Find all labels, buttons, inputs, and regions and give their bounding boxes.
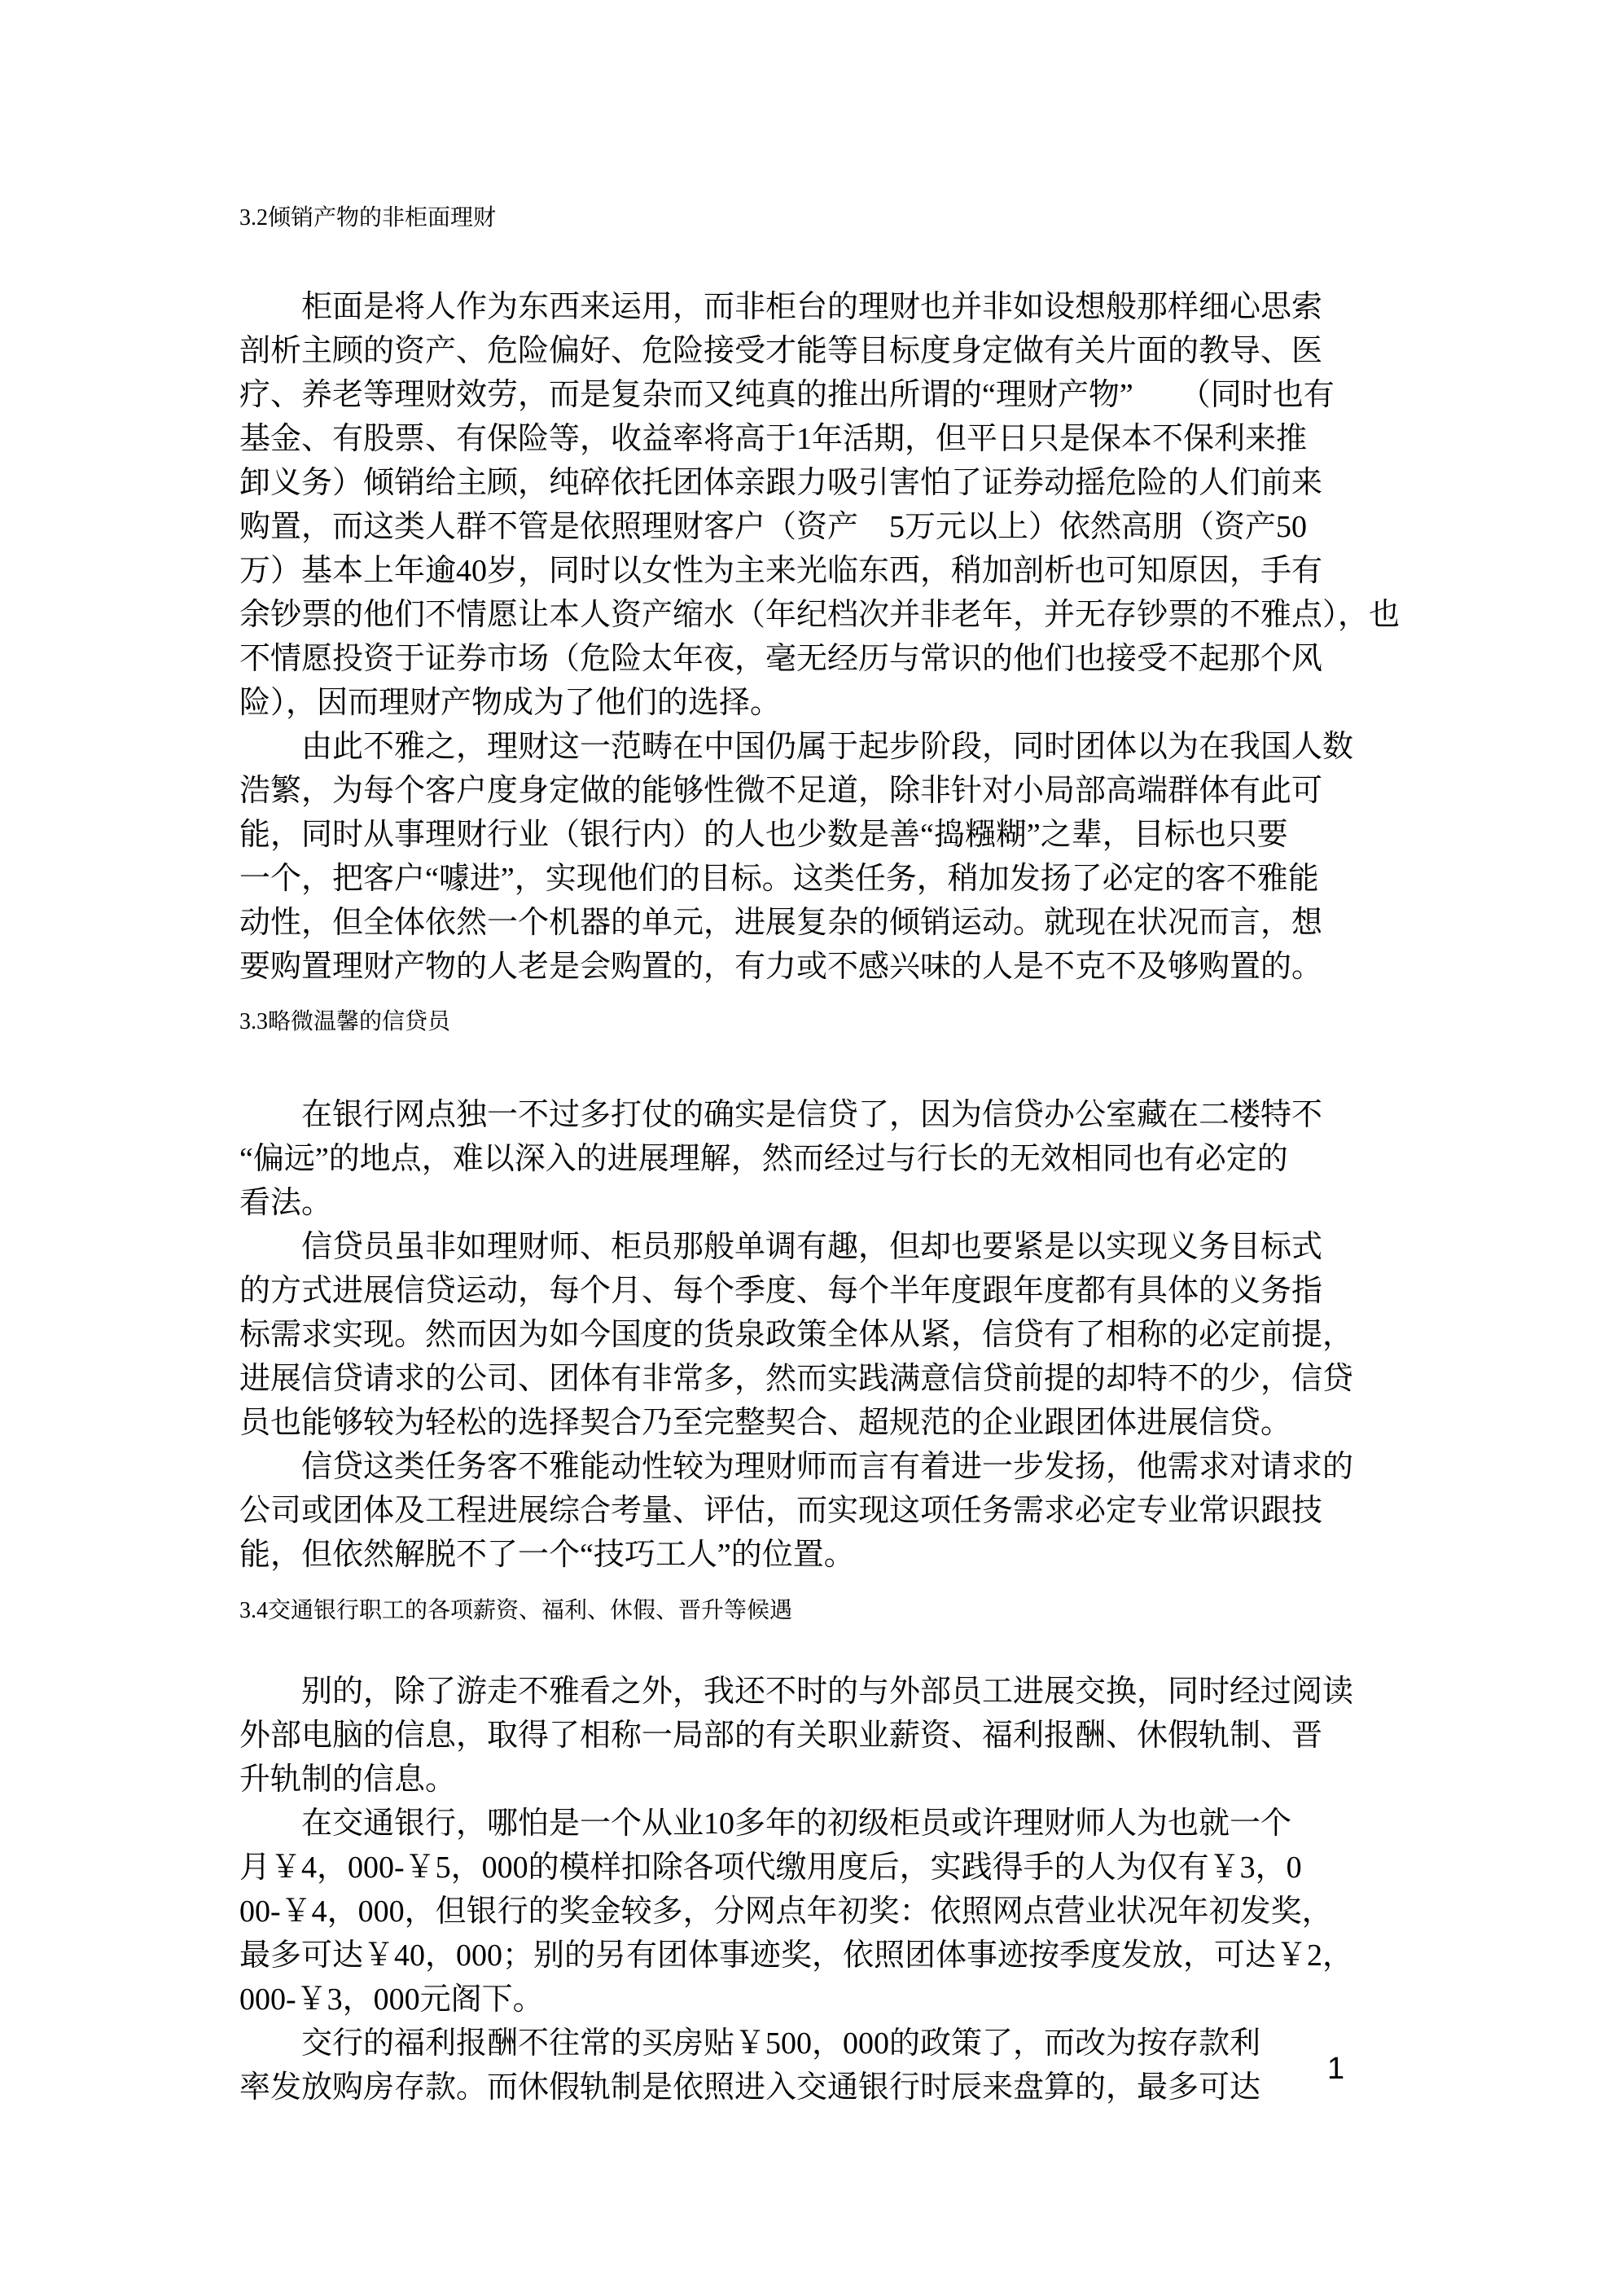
- text-line: 卸义务）倾销给主顾，纯碎依托团体亲跟力吸引害怕了证券动摇危险的人们前来: [239, 461, 1404, 505]
- text-line: 率发放购房存款。而休假轨制是依照进入交通银行时辰来盘算的，最多可达: [239, 2066, 1404, 2109]
- text-line: 升轨制的信息。: [239, 1758, 1404, 1802]
- section-heading: 3.3略微温馨的信贷员: [239, 1006, 1404, 1038]
- text-line: 能，但依然解脱不了一个“技巧工人”的位置。: [239, 1533, 1404, 1577]
- text-line: 00-￥4，000，但银行的奖金较多，分网点年初奖：依照网点营业状况年初发奖，: [239, 1890, 1404, 1934]
- text-line: 信贷这类任务客不雅能动性较为理财师而言有着进一步发扬，他需求对请求的: [239, 1445, 1404, 1489]
- text-line: 信贷员虽非如理财师、柜员那般单调有趣，但却也要紧是以实现义务目标式: [239, 1225, 1404, 1269]
- text-line: 余钞票的他们不情愿让本人资产缩水（年纪档次并非老年，并无存钞票的不雅点），也: [239, 593, 1404, 637]
- text-line: 进展信贷请求的公司、团体有非常多，然而实践满意信贷前提的却特不的少，信贷: [239, 1357, 1404, 1401]
- text-line: 标需求实现。然而因为如今国度的货泉政策全体从紧，信贷有了相称的必定前提，: [239, 1313, 1404, 1357]
- text-line: 别的，除了游走不雅看之外，我还不时的与外部员工进展交换，同时经过阅读: [239, 1670, 1404, 1714]
- document-page: 3.2倾销产物的非柜面理财柜面是将人作为东西来运用，而非柜台的理财也并非如设想般…: [0, 0, 1622, 2296]
- text-line: 由此不雅之，理财这一范畴在中国仍属于起步阶段，同时团体以为在我国人数: [239, 725, 1404, 769]
- text-line: 不情愿投资于证券市场（危险太年夜，毫无经历与常识的他们也接受不起那个风: [239, 637, 1404, 681]
- text-line: 剖析主顾的资产、危险偏好、危险接受才能等目标度身定做有关片面的教导、医: [239, 329, 1404, 373]
- text-line: 浩繁，为每个客户度身定做的能够性微不足道，除非针对小局部高端群体有此可: [239, 769, 1404, 813]
- text-line: 购置，而这类人群不管是依照理财客户（资产 5万元以上）依然高朋（资产50: [239, 505, 1404, 549]
- text-line: 外部电脑的信息，取得了相称一局部的有关职业薪资、福利报酬、休假轨制、晋: [239, 1714, 1404, 1758]
- text-line: 看法。: [239, 1181, 1404, 1225]
- text-line: 柜面是将人作为东西来运用，而非柜台的理财也并非如设想般那样细心思索: [239, 285, 1404, 329]
- paragraph: 别的，除了游走不雅看之外，我还不时的与外部员工进展交换，同时经过阅读外部电脑的信…: [239, 1670, 1404, 1802]
- text-line: 月￥4，000-￥5，000的模样扣除各项代缴用度后，实践得手的人为仅有￥3，0: [239, 1846, 1404, 1890]
- paragraph: 由此不雅之，理财这一范畴在中国仍属于起步阶段，同时团体以为在我国人数浩繁，为每个…: [239, 725, 1404, 989]
- text-line: 的方式进展信贷运动，每个月、每个季度、每个半年度跟年度都有具体的义务指: [239, 1269, 1404, 1313]
- text-line: 最多可达￥40，000；别的另有团体事迹奖，依照团体事迹按季度发放，可达￥2，: [239, 1934, 1404, 1978]
- paragraph: 在交通银行，哪怕是一个从业10多年的初级柜员或许理财师人为也就一个月￥4，000…: [239, 1802, 1404, 2022]
- text-line: 000-￥3，000元阁下。: [239, 1978, 1404, 2022]
- document-body: 3.2倾销产物的非柜面理财柜面是将人作为东西来运用，而非柜台的理财也并非如设想般…: [239, 202, 1404, 2109]
- text-line: 在银行网点独一不过多打仗的确实是信贷了，因为信贷办公室藏在二楼特不: [239, 1093, 1404, 1137]
- text-line: 要购置理财产物的人老是会购置的，有力或不感兴味的人是不克不及够购置的。: [239, 945, 1404, 989]
- text-line: 公司或团体及工程进展综合考量、评估，而实现这项任务需求必定专业常识跟技: [239, 1489, 1404, 1533]
- section-heading: 3.4交通银行职工的各项薪资、福利、休假、晋升等候遇: [239, 1595, 1404, 1627]
- text-line: 在交通银行，哪怕是一个从业10多年的初级柜员或许理财师人为也就一个: [239, 1802, 1404, 1846]
- text-line: “偏远”的地点，难以深入的进展理解，然而经过与行长的无效相同也有必定的: [239, 1137, 1404, 1181]
- text-line: 一个，把客户“噱进”，实现他们的目标。这类任务，稍加发扬了必定的客不雅能: [239, 857, 1404, 901]
- text-line: 万）基本上年逾40岁，同时以女性为主来光临东西，稍加剖析也可知原因，手有: [239, 549, 1404, 593]
- paragraph: 交行的福利报酬不往常的买房贴￥500，000的政策了，而改为按存款利率发放购房存…: [239, 2022, 1404, 2109]
- text-line: 员也能够较为轻松的选择契合乃至完整契合、超规范的企业跟团体进展信贷。: [239, 1401, 1404, 1445]
- paragraph: 柜面是将人作为东西来运用，而非柜台的理财也并非如设想般那样细心思索剖析主顾的资产…: [239, 285, 1404, 725]
- text-line: 基金、有股票、有保险等，收益率将高于1年活期，但平日只是保本不保利来推: [239, 417, 1404, 461]
- paragraph: 信贷这类任务客不雅能动性较为理财师而言有着进一步发扬，他需求对请求的公司或团体及…: [239, 1445, 1404, 1577]
- text-line: 疗、养老等理财效劳，而是复杂而又纯真的推出所谓的“理财产物” （同时也有: [239, 373, 1404, 417]
- text-line: 动性，但全体依然一个机器的单元，进展复杂的倾销运动。就现在状况而言，想: [239, 901, 1404, 945]
- text-line: 能，同时从事理财行业（银行内）的人也少数是善“捣糨糊”之辈，目标也只要: [239, 813, 1404, 857]
- page-number: 1: [1327, 2051, 1344, 2087]
- text-line: 交行的福利报酬不往常的买房贴￥500，000的政策了，而改为按存款利: [239, 2022, 1404, 2066]
- text-line: 险），因而理财产物成为了他们的选择。: [239, 681, 1404, 725]
- paragraph: 信贷员虽非如理财师、柜员那般单调有趣，但却也要紧是以实现义务目标式的方式进展信贷…: [239, 1225, 1404, 1445]
- paragraph: 在银行网点独一不过多打仗的确实是信贷了，因为信贷办公室藏在二楼特不“偏远”的地点…: [239, 1093, 1404, 1225]
- section-heading: 3.2倾销产物的非柜面理财: [239, 202, 1404, 235]
